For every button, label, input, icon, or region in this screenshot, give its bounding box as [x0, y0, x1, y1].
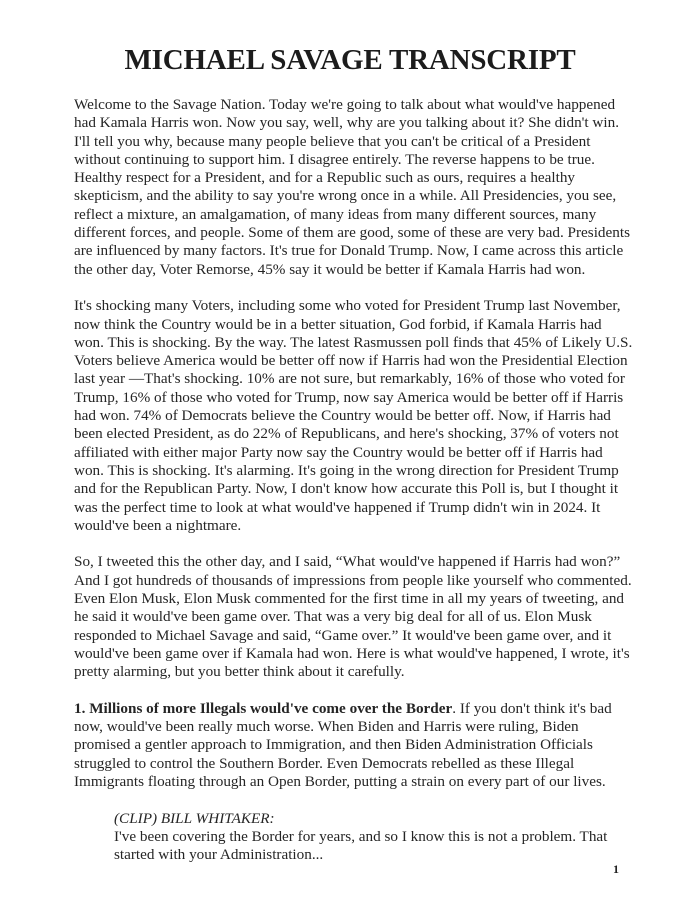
paragraph-poll: It's shocking many Voters, including som… — [74, 297, 634, 535]
paragraph-intro: Welcome to the Savage Nation. Today we'r… — [74, 96, 634, 279]
page-number: 1 — [613, 862, 619, 877]
paragraph-point-1: 1. Millions of more Illegals would've co… — [74, 700, 634, 791]
paragraph-tweet: So, I tweeted this the other day, and I … — [74, 553, 634, 681]
document-page: MICHAEL SAVAGE TRANSCRIPT Welcome to the… — [0, 0, 700, 915]
clip-speaker-label: (CLIP) BILL WHITAKER: — [114, 810, 634, 828]
clip-quote: (CLIP) BILL WHITAKER: I've been covering… — [114, 810, 634, 865]
document-body: Welcome to the Savage Nation. Today we'r… — [74, 96, 634, 864]
document-title: MICHAEL SAVAGE TRANSCRIPT — [0, 44, 700, 77]
clip-text: I've been covering the Border for years,… — [114, 828, 607, 863]
point-1-heading: 1. Millions of more Illegals would've co… — [74, 700, 452, 717]
